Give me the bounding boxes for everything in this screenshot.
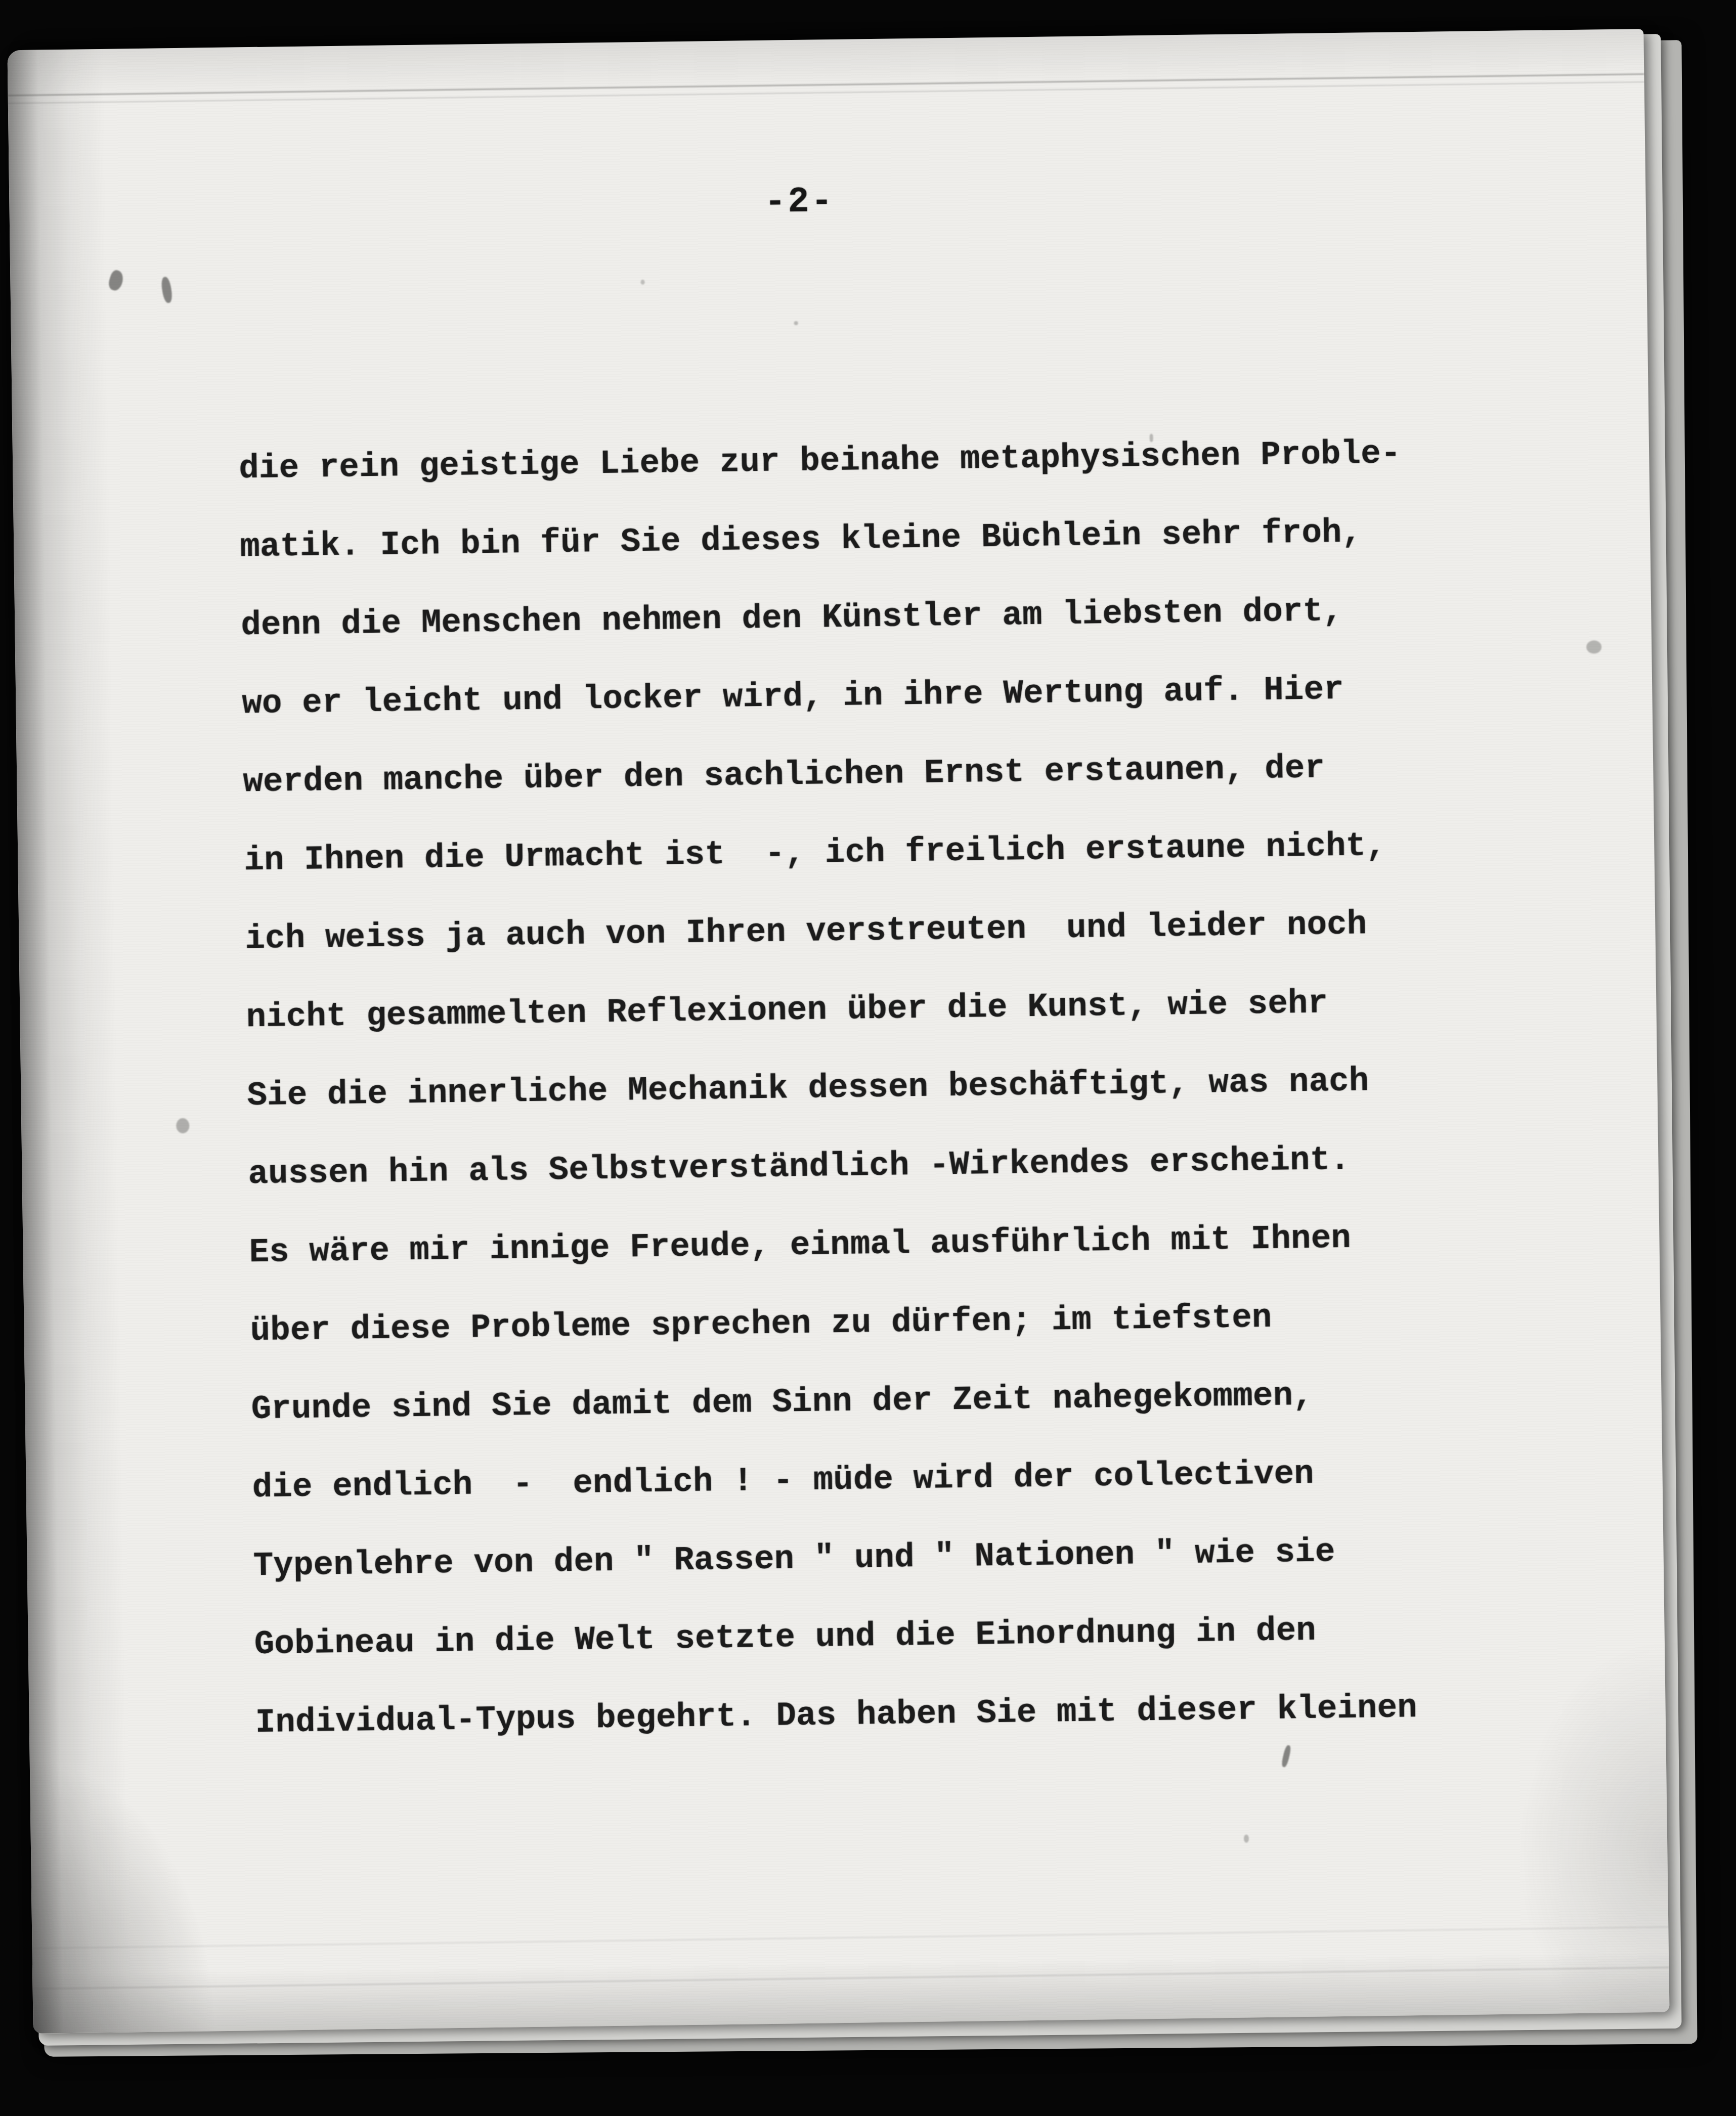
ink-speck xyxy=(1150,434,1153,442)
ink-speck xyxy=(1244,1835,1249,1843)
typewritten-text: die rein geistige Liebe zur beinahe meta… xyxy=(238,413,1495,1762)
scanned-document: -2- die rein geistige Liebe zur beinahe … xyxy=(0,0,1736,2116)
ink-speck xyxy=(107,269,125,292)
page-number: -2- xyxy=(744,182,855,223)
text-line: Individual-Typus begehrt. Das haben Sie … xyxy=(255,1667,1495,1762)
ink-speck xyxy=(794,321,798,325)
paper-crease-bottom-2 xyxy=(32,1926,1669,1949)
ink-speck xyxy=(176,1118,189,1133)
text-line: Es wäre mir innige Freude, einmal ausfüh… xyxy=(249,1197,1489,1292)
paper-crease-bottom xyxy=(33,1967,1669,1990)
letter-page: -2- die rein geistige Liebe zur beinahe … xyxy=(7,29,1669,2034)
ink-speck xyxy=(1586,640,1601,653)
ink-speck xyxy=(160,276,173,303)
ink-speck xyxy=(641,280,645,285)
